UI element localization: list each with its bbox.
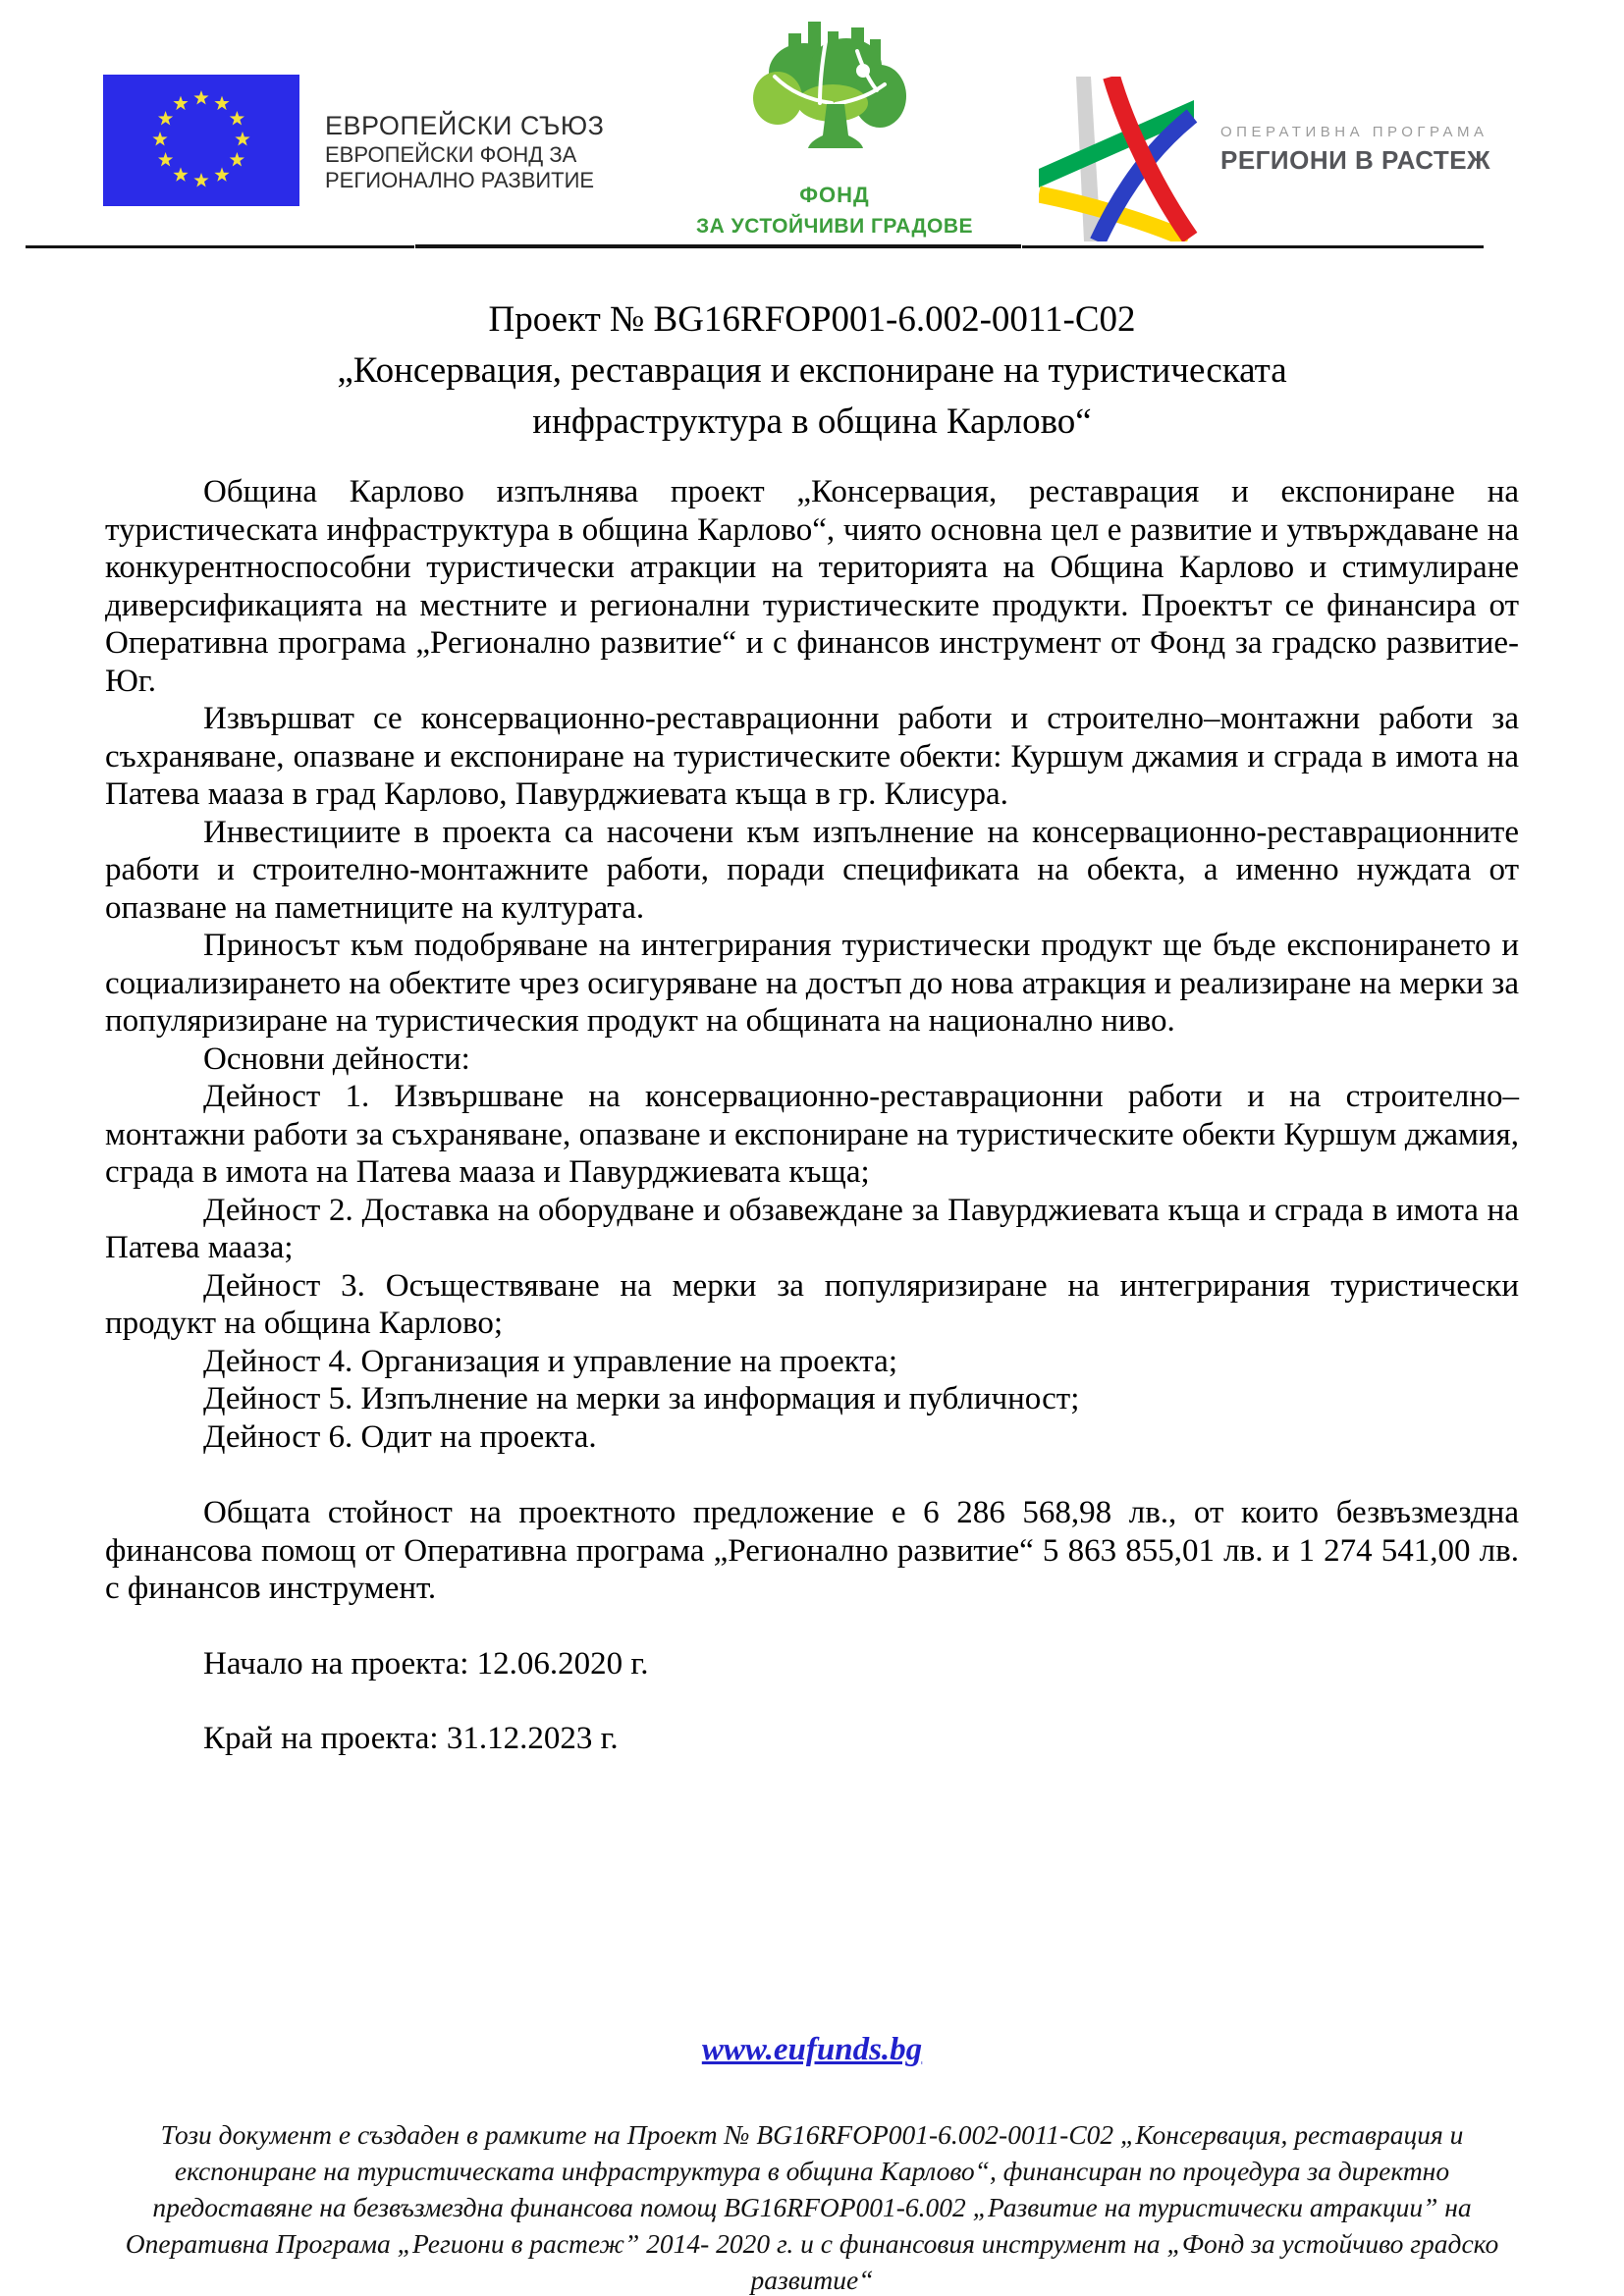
eu-logo-subtitle-2: РЕГИОНАЛНО РАЗВИТИЕ — [325, 168, 604, 193]
paragraph-total-value: Общата стойност на проектното предложени… — [105, 1494, 1519, 1608]
paragraph-activity-5: Дейност 5. Изпълнение на мерки за информ… — [105, 1380, 1519, 1418]
eufunds-link[interactable]: www.eufunds.bg — [702, 2032, 922, 2067]
paragraph-main-activities-heading: Основни дейности: — [105, 1041, 1519, 1079]
fund-logo-subtitle: ЗА УСТОЙЧИВИ ГРАДОВЕ — [682, 215, 987, 239]
colored-ribbons-icon — [1039, 77, 1220, 241]
project-start-date: Начало на проекта: 12.06.2020 г. — [105, 1645, 1519, 1683]
project-title: Проект № BG16RFOP001-6.002-0011-C02 „Кон… — [105, 294, 1519, 448]
fund-logo-title: ФОНД — [682, 183, 987, 208]
paragraph-works: Извършват се консервационно-реставрацион… — [105, 700, 1519, 814]
document-main: Проект № BG16RFOP001-6.002-0011-C02 „Кон… — [0, 253, 1624, 2296]
divider-segment — [415, 244, 1021, 248]
document-page: ЕВРОПЕЙСКИ СЪЮЗ ЕВРОПЕЙСКИ ФОНД ЗА РЕГИО… — [0, 0, 1624, 2296]
project-title-line-2: „Консервация, реставрация и експониране … — [105, 346, 1519, 397]
divider-segment — [26, 245, 414, 248]
eu-flag-icon — [103, 75, 299, 206]
footer-disclaimer: Този документ е създаден в рамките на Пр… — [105, 2116, 1519, 2296]
document-header: ЕВРОПЕЙСКИ СЪЮЗ ЕВРОПЕЙСКИ ФОНД ЗА РЕГИО… — [0, 0, 1624, 253]
paragraph-project-description: Община Карлово изпълнява проект „Консерв… — [105, 473, 1519, 700]
divider-segment — [1022, 245, 1484, 248]
paragraph-contribution: Приносът към подобряване на интегрирания… — [105, 927, 1519, 1041]
paragraph-activity-3: Дейност 3. Осъществяване на мерки за поп… — [105, 1267, 1519, 1343]
project-end-date: Край на проекта: 31.12.2023 г. — [105, 1720, 1519, 1758]
oprg-logo-text: ОПЕРАТИВНА ПРОГРАМА РЕГИОНИ В РАСТЕЖ — [1220, 124, 1490, 176]
project-title-line-1: Проект № BG16RFOP001-6.002-0011-C02 — [105, 294, 1519, 346]
project-title-line-3: инфраструктура в община Карлово“ — [105, 397, 1519, 448]
paragraph-activity-2: Дейност 2. Доставка на оборудване и обза… — [105, 1192, 1519, 1267]
oprg-name-label: РЕГИОНИ В РАСТЕЖ — [1220, 145, 1490, 176]
green-tree-icon — [741, 10, 928, 175]
eu-logo-text: ЕВРОПЕЙСКИ СЪЮЗ ЕВРОПЕЙСКИ ФОНД ЗА РЕГИО… — [325, 110, 604, 193]
document-text: Община Карлово изпълнява проект „Консерв… — [105, 473, 1519, 1758]
sustainable-cities-fund-logo: ФОНД ЗА УСТОЙЧИВИ ГРАДОВЕ — [682, 10, 987, 239]
oprg-program-label: ОПЕРАТИВНА ПРОГРАМА — [1220, 124, 1490, 140]
paragraph-activity-6: Дейност 6. Одит на проекта. — [105, 1418, 1519, 1457]
eu-logo-title: ЕВРОПЕЙСКИ СЪЮЗ — [325, 110, 604, 142]
paragraph-activity-4: Дейност 4. Организация и управление на п… — [105, 1343, 1519, 1381]
eufunds-link-row: www.eufunds.bg — [0, 2032, 1624, 2068]
paragraph-activity-1: Дейност 1. Извършване на консервационно-… — [105, 1078, 1519, 1192]
eu-logo-subtitle-1: ЕВРОПЕЙСКИ ФОНД ЗА — [325, 142, 604, 168]
paragraph-investments: Инвестициите в проекта са насочени към и… — [105, 814, 1519, 928]
